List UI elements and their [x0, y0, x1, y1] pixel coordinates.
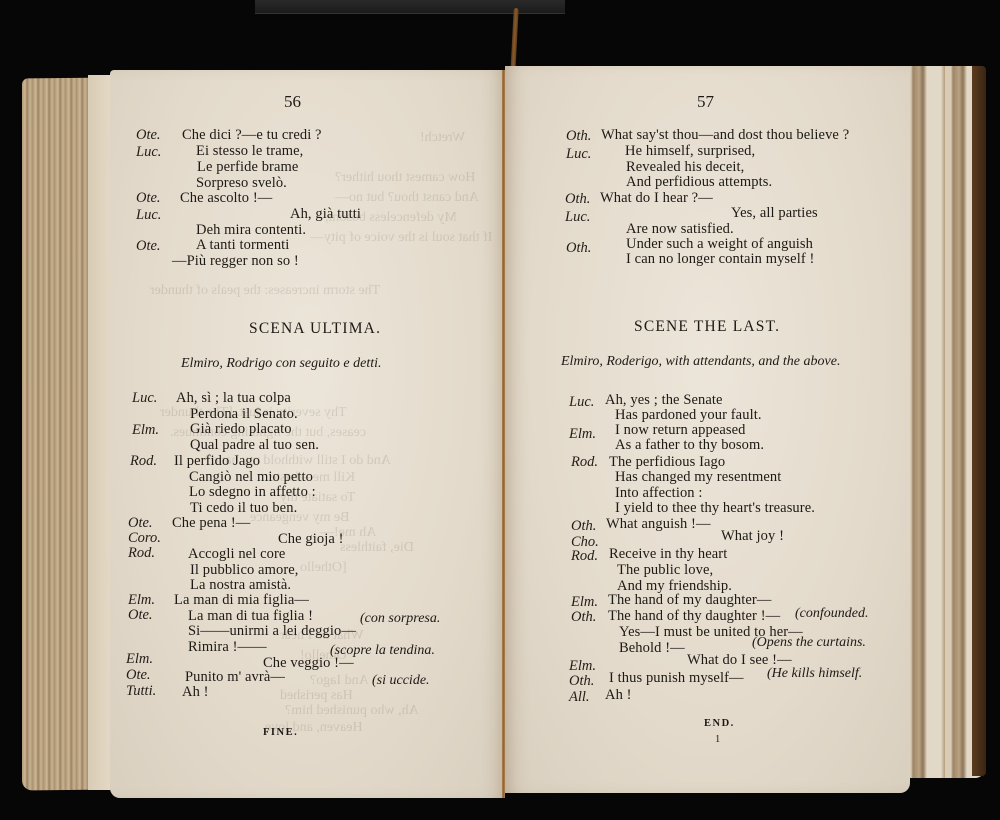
- speaker-label: Elm.: [126, 651, 153, 668]
- speaker-label: Luc.: [132, 390, 157, 407]
- dialogue-line: As a father to thy bosom.: [615, 437, 764, 454]
- dialogue-line: Il perfido Jago: [174, 453, 260, 470]
- stage-direction: (con sorpresa.: [360, 611, 440, 627]
- scene-heading: SCENA ULTIMA.: [249, 320, 381, 338]
- speaker-label: Ote.: [128, 607, 153, 624]
- dialogue-line: I thus punish myself—: [609, 670, 744, 687]
- speaker-label: Oth.: [566, 128, 591, 145]
- dialogue-line: What say'st thou—and dost thou believe ?: [601, 127, 849, 144]
- speaker-label: Ote.: [136, 238, 161, 255]
- stage-direction: (Opens the curtains.: [752, 635, 866, 651]
- dialogue-line: Has changed my resentment: [615, 469, 781, 486]
- stage-direction: (He kills himself.: [767, 666, 862, 682]
- stage-direction: (si uccide.: [372, 673, 430, 689]
- speaker-label: Oth.: [571, 609, 596, 626]
- dialogue-line: Che gioja !: [278, 531, 344, 548]
- dialogue-line: La man di mia figlia—: [174, 592, 309, 609]
- dialogue-line: And perfidious attempts.: [626, 174, 772, 191]
- speaker-label: Elm.: [132, 422, 159, 439]
- bleed-through-text: How camest thou hither?: [335, 170, 475, 186]
- bleed-through-text: And canst thou? but no—: [335, 190, 479, 206]
- dialogue-line: I can no longer contain myself !: [626, 251, 814, 268]
- dialogue-line: He himself, surprised,: [625, 143, 755, 160]
- end-mark: END.: [704, 718, 735, 729]
- speaker-label: Luc.: [566, 146, 591, 163]
- speaker-label: Rod.: [571, 454, 598, 471]
- speaker-label: Rod.: [571, 548, 598, 565]
- dialogue-line: Che pena !—: [172, 515, 250, 532]
- open-book: Wretch! How camest thou hither? And cans…: [0, 0, 1000, 820]
- dialogue-line: What anguish !—: [606, 516, 711, 533]
- left-page-stack: [88, 75, 112, 790]
- stage-direction: Elmiro, Rodrigo con seguito e detti.: [181, 356, 382, 372]
- speaker-label: Oth.: [566, 240, 591, 257]
- speaker-label: Luc.: [565, 209, 590, 226]
- speaker-label: Elm.: [569, 426, 596, 443]
- speaker-label: Rod.: [130, 453, 157, 470]
- dialogue-line: Ah !: [605, 687, 632, 704]
- dialogue-line: What joy !: [721, 528, 784, 545]
- speaker-label: Luc.: [136, 207, 161, 224]
- speaker-label: Tutti.: [126, 683, 156, 700]
- stage-direction: Elmiro, Roderigo, with attendants, and t…: [561, 354, 840, 370]
- dialogue-line: Ah !: [182, 684, 209, 701]
- dialogue-line: The hand of thy daughter !—: [608, 608, 780, 625]
- dialogue-line: Receive in thy heart: [609, 546, 727, 563]
- dialogue-line: Che dici ?—e tu credi ?: [182, 127, 322, 144]
- dialogue-line: The hand of my daughter—: [608, 592, 771, 609]
- speaker-label: Oth.: [565, 191, 590, 208]
- dialogue-line: Ei stesso le trame,: [196, 143, 303, 160]
- speaker-label: Ote.: [126, 667, 151, 684]
- stage-direction: (confounded.: [795, 606, 868, 622]
- bleed-through-text: And Iago?: [310, 673, 369, 689]
- signature-mark: 1: [715, 734, 722, 745]
- page-number: 56: [284, 92, 301, 112]
- dialogue-line: The public love,: [617, 562, 713, 579]
- speaker-label: Ote.: [136, 190, 161, 207]
- dialogue-line: Già riedo placato: [190, 421, 292, 438]
- dialogue-line: Ah, già tutti: [290, 206, 361, 223]
- left-page[interactable]: Wretch! How camest thou hither? And cans…: [110, 70, 505, 798]
- dialogue-line: A tanti tormenti: [196, 237, 289, 254]
- scene-heading: SCENE THE LAST.: [634, 318, 780, 336]
- dialogue-line: —Più regger non so !: [172, 253, 299, 270]
- dialogue-line: Behold !—: [619, 640, 685, 657]
- right-cover-edge: [972, 66, 986, 776]
- speaker-label: All.: [569, 689, 590, 706]
- page-number: 57: [697, 92, 714, 112]
- bleed-through-text: Has perished: [280, 688, 353, 704]
- dialogue-line: What do I hear ?—: [600, 190, 713, 207]
- speaker-label: Luc.: [569, 394, 594, 411]
- end-mark: FINE.: [263, 727, 298, 738]
- dialogue-line: I yield to thee thy heart's treasure.: [615, 500, 815, 517]
- dialogue-line: Le perfide brame: [197, 159, 298, 176]
- dialogue-line: Che ascolto !—: [180, 190, 272, 207]
- speaker-label: Rod.: [128, 545, 155, 562]
- bleed-through-text: Die, faithless: [340, 540, 414, 556]
- dialogue-line: Qual padre al tuo sen.: [190, 437, 319, 454]
- speaker-label: Luc.: [136, 144, 161, 161]
- speaker-label: Oth.: [569, 673, 594, 690]
- dialogue-line: Rimira !——: [188, 639, 267, 656]
- dialogue-line: Ah, sì ; la tua colpa: [176, 390, 291, 407]
- bleed-through-text: If that soul is the voice of pity—: [310, 230, 492, 246]
- dialogue-line: Lo sdegno in affetto :: [189, 484, 316, 501]
- speaker-label: Oth.: [571, 518, 596, 535]
- bleed-through-text: The storm increases: the peals of thunde…: [150, 283, 380, 299]
- speaker-label: Ote.: [136, 127, 161, 144]
- dialogue-line: Accogli nel core: [188, 546, 285, 563]
- bleed-through-text: [Othello: [300, 560, 347, 576]
- bleed-through-text: Ah, who punished him?: [285, 703, 419, 719]
- bleed-through-text: Wretch!: [420, 130, 465, 146]
- dialogue-line: Si——unirmi a lei deggio—: [188, 623, 356, 640]
- dialogue-line: Yes, all parties: [731, 205, 818, 222]
- right-page[interactable]: 57 Oth. What say'st thou—and dost thou b…: [505, 66, 910, 793]
